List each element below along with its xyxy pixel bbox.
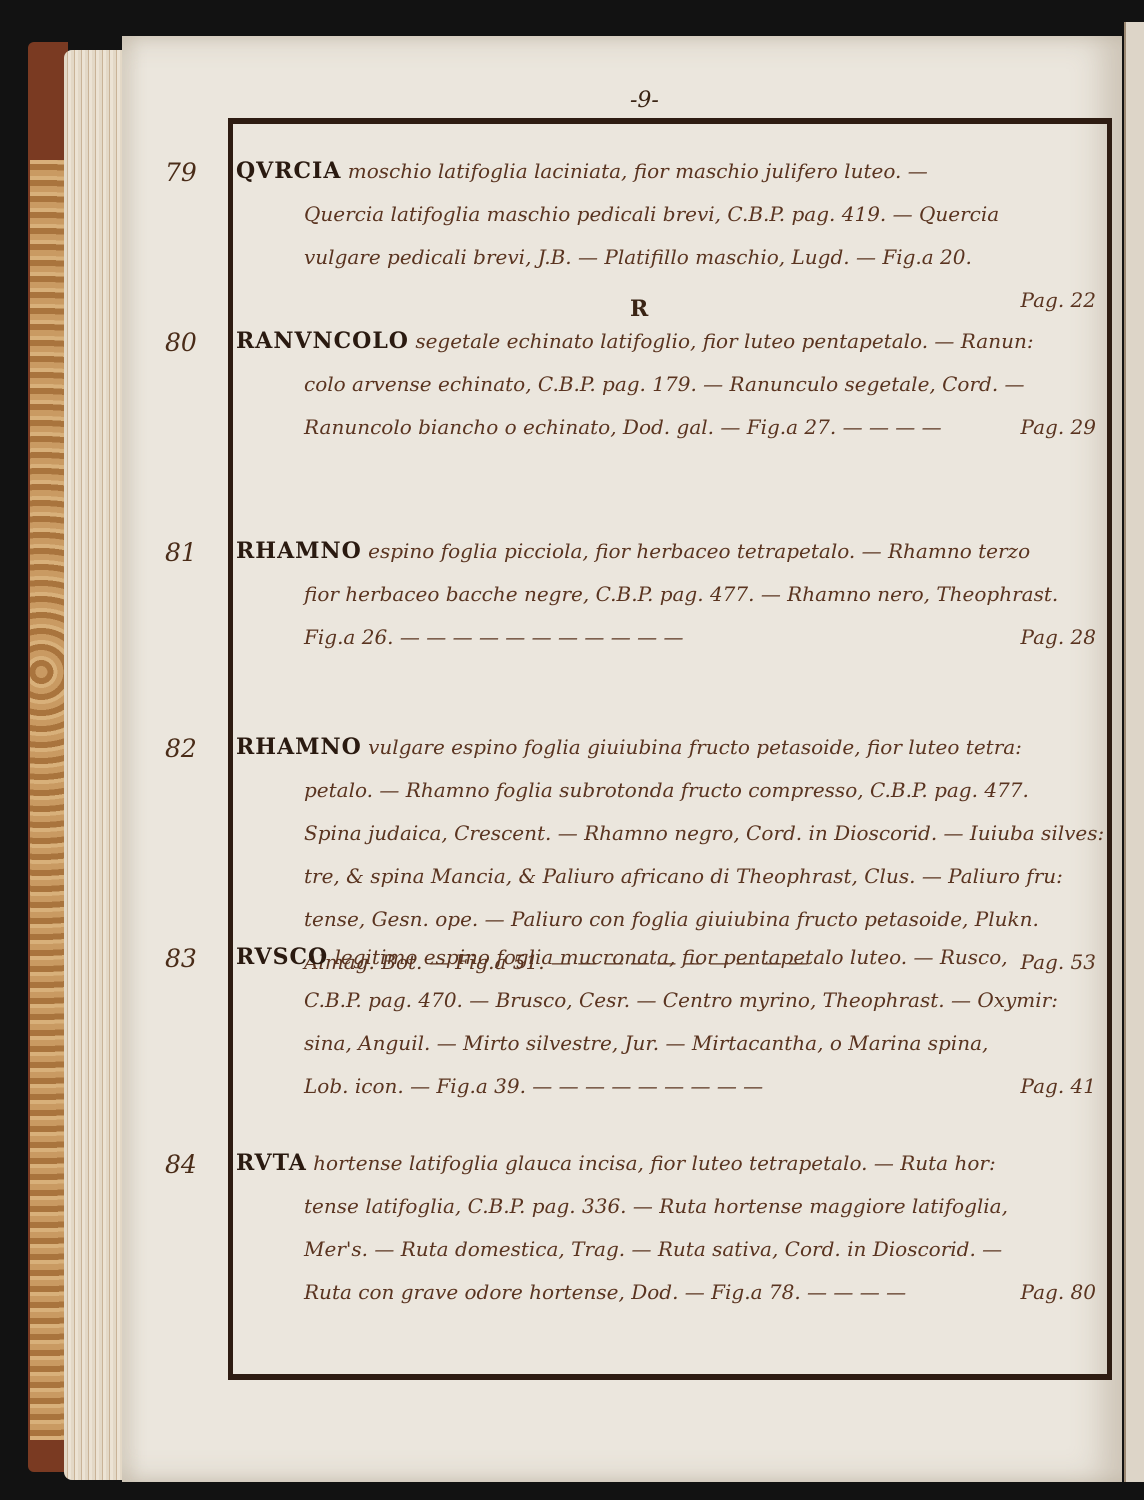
facing-page-edge: [1124, 22, 1144, 1482]
page-number: -9-: [630, 88, 659, 113]
entry-number: 81: [165, 538, 197, 567]
entry-heading: QVRCIA: [236, 158, 341, 184]
entry-number: 82: [165, 734, 197, 763]
marbled-cover: [30, 160, 68, 1440]
entry-heading: RANVNCOLO: [236, 328, 409, 354]
page-reference: Pag. 29: [1021, 406, 1096, 449]
page-reference: Pag. 41: [1021, 1065, 1096, 1108]
entry: RANVNCOLO segetale echinato latifoglio, …: [236, 320, 1096, 449]
page-reference: Pag. 80: [1021, 1271, 1096, 1314]
entry-heading: RHAMNO: [236, 538, 362, 564]
entry-number: 79: [165, 158, 197, 187]
entry-heading: RVSCO: [236, 944, 328, 970]
entry-heading: RHAMNO: [236, 734, 362, 760]
entry: RHAMNO espino foglia picciola, fior herb…: [236, 530, 1096, 659]
entry-number: 80: [165, 328, 197, 357]
entry-number: 84: [165, 1150, 197, 1179]
entry-number: 83: [165, 944, 197, 973]
entry: QVRCIA moschio latifoglia laciniata, fio…: [236, 150, 1096, 322]
page-reference: Pag. 28: [1021, 616, 1096, 659]
page-edges: [64, 50, 128, 1480]
page-reference: Pag. 22: [1021, 279, 1096, 322]
entry: RVSCO legitimo espino foglia mucronata, …: [236, 936, 1096, 1108]
entry-heading: RVTA: [236, 1150, 307, 1176]
entry: RVTA hortense latifoglia glauca incisa, …: [236, 1142, 1096, 1314]
